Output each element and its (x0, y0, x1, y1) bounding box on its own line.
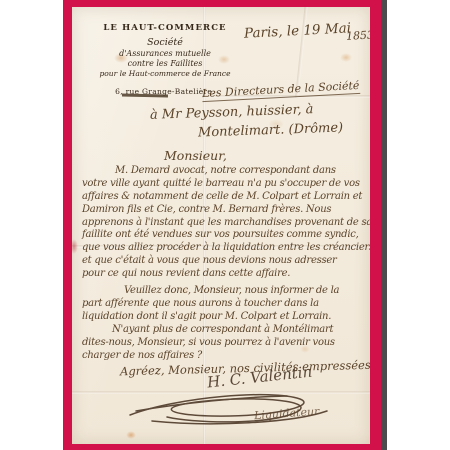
body-line: affaires & notamment de celle de M. Colp… (82, 191, 370, 204)
letterhead-subtitle: pour le Haut-commerce de France (92, 69, 238, 78)
body-line: N'ayant plus de correspondant à Montélim… (82, 324, 370, 337)
salutation: Monsieur, (164, 148, 227, 163)
body-line: dites-nous, Monsieur, si vous pourrez à … (82, 337, 370, 350)
body-line: apprenons à l'instant que les marchandis… (82, 217, 370, 230)
letterhead-subtitle: Société (92, 37, 238, 48)
body-line: votre ville ayant quitté le barreau n'a … (82, 178, 370, 191)
date-year: 1853. (346, 28, 370, 43)
body-paragraph-2: Veuillez donc, Monsieur, nous informer d… (82, 284, 370, 323)
body-line: Veuillez donc, Monsieur, nous informer d… (82, 284, 370, 297)
foxing-stain (126, 431, 136, 439)
body-line: et que c'était à vous que nous devions n… (82, 255, 370, 268)
letterhead-subtitle: d'Assurances mutuelle (92, 49, 238, 58)
address-underline-mark (122, 94, 168, 97)
red-edge-smudge (72, 239, 78, 254)
body-line: faillite ont été vendues sur vos poursui… (82, 229, 370, 242)
date-place: Paris, le 19 Mai (244, 20, 352, 42)
body-line: pour ce qui nous revient dans cette affa… (82, 268, 370, 281)
letterhead: LE HAUT-COMMERCE Société d'Assurances mu… (92, 23, 238, 96)
scan-edge-strip (381, 0, 387, 450)
body-line: M. Demard avocat, notre correspondant da… (82, 165, 370, 178)
body-line: liquidation dont il s'agit pour M. Colpa… (82, 310, 370, 323)
letterhead-subtitle: contre les Faillites (92, 59, 238, 68)
letter-paper: LE HAUT-COMMERCE Société d'Assurances mu… (72, 7, 370, 444)
body-line: que vous alliez procéder à la liquidatio… (82, 242, 370, 255)
scanned-letter-photo: LE HAUT-COMMERCE Société d'Assurances mu… (0, 0, 450, 450)
letterhead-title: LE HAUT-COMMERCE (92, 23, 238, 33)
body-paragraph-3: N'ayant plus de correspondant à Montélim… (82, 324, 370, 362)
body-paragraph-1: M. Demard avocat, notre correspondant da… (82, 165, 370, 281)
recipient-name-line: à Mr Peysson, huissier, à (150, 102, 314, 123)
body-line: Damiron fils et Cie, contre M. Bernard f… (82, 204, 370, 217)
recipient-city-line: Montelimart. (Drôme) (198, 120, 344, 140)
foxing-stain (340, 53, 352, 62)
body-line: part afférente que nous aurons à toucher… (82, 297, 370, 310)
